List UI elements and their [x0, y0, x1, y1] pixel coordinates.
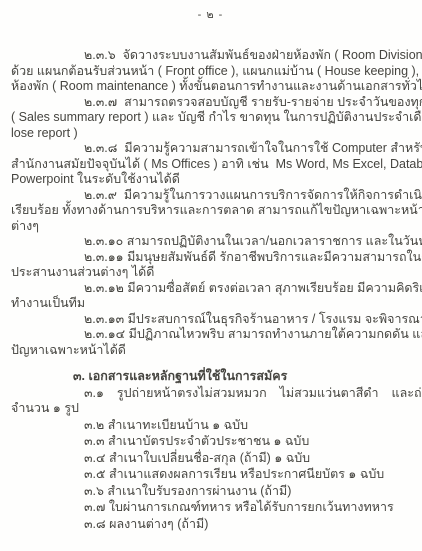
qualification-paragraph: ๒.๓.๖ จัดวางระบบงานสัมพันธ์ของฝ่ายห้องพั…: [11, 48, 410, 95]
text-line: ๒.๓.๘ มีความรู้ความสามารถเข้าใจในการใช้ …: [11, 141, 410, 157]
text-line: ประสานงานส่วนต่างๆ ได้ดี: [11, 265, 410, 281]
document-item: ๓.๘ ผลงานต่างๆ (ถ้ามี): [11, 517, 410, 533]
text-line: ๒.๓.๑๔ มีปฏิภาณไหวพริบ สามารถทำงานภายใต้…: [11, 327, 410, 343]
document-item: ๓.๔ สำเนาใบเปลี่ยนชื่อ-สกุล (ถ้ามี) ๑ ฉบ…: [11, 451, 410, 467]
text-line: ๓.๕ สำเนาแสดงผลการเรียน หรือประกาศนียบัต…: [11, 467, 410, 483]
documents-section-heading: ๓. เอกสารและหลักฐานที่ใช้ในการสมัคร: [11, 369, 410, 385]
document-item: ๓.๗ ใบผ่านการเกณฑ์ทหาร หรือได้รับการยกเว…: [11, 500, 410, 516]
text-line: ๒.๓.๗ สามารถตรวจสอบบัญชี รายรับ-รายจ่าย …: [11, 95, 410, 111]
text-line: ๒.๓.๖ จัดวางระบบงานสัมพันธ์ของฝ่ายห้องพั…: [11, 48, 410, 64]
text-line: ๓.๘ ผลงานต่างๆ (ถ้ามี): [11, 517, 410, 533]
text-line: ๓.๑ รูปถ่ายหน้าตรงไม่สวมหมวก ไม่สวมแว่นต…: [11, 386, 410, 402]
qualifications-list: ๒.๓.๖ จัดวางระบบงานสัมพันธ์ของฝ่ายห้องพั…: [11, 48, 410, 358]
qualification-paragraph: ๒.๓.๘ มีความรู้ความสามารถเข้าใจในการใช้ …: [11, 141, 410, 188]
text-line: ห้องพัก ( Room maintenance ) ทั้งขั้นตอน…: [11, 79, 410, 95]
text-line: ๓.๖ สำเนาใบรับรองการผ่านงาน (ถ้ามี): [11, 484, 410, 500]
document-item: ๓.๓ สำเนาบัตรประจำตัวประชาชน ๑ ฉบับ: [11, 434, 410, 450]
text-line: ด้วย แผนกต้อนรับส่วนหน้า ( Front office …: [11, 64, 410, 80]
text-line: ปัญหาเฉพาะหน้าได้ดี: [11, 343, 410, 359]
document-item: ๓.๑ รูปถ่ายหน้าตรงไม่สวมหมวก ไม่สวมแว่นต…: [11, 386, 410, 417]
qualification-paragraph: ๒.๓.๑๑ มีมนุษยสัมพันธ์ดี รักอาชีพบริการแ…: [11, 250, 410, 281]
text-line: lose report ): [11, 126, 410, 142]
text-line: ๓.๓ สำเนาบัตรประจำตัวประชาชน ๑ ฉบับ: [11, 434, 410, 450]
text-line: ๓.๗ ใบผ่านการเกณฑ์ทหาร หรือได้รับการยกเว…: [11, 500, 410, 516]
text-line: สำนักงานสมัยปัจจุบันได้ ( Ms Offices ) อ…: [11, 157, 410, 173]
qualification-paragraph: ๒.๓.๑๐ สามารถปฏิบัติงานในเวลา/นอกเวลาราช…: [11, 234, 410, 250]
text-line: ๓.๔ สำเนาใบเปลี่ยนชื่อ-สกุล (ถ้ามี) ๑ ฉบ…: [11, 451, 410, 467]
text-line: จำนวน ๑ รูป: [11, 401, 410, 417]
text-line: ๒.๓.๙ มีความรู้ในการวางแผนการบริการจัดกา…: [11, 188, 410, 204]
text-line: ทำงานเป็นทีม: [11, 296, 410, 312]
text-line: เรียบร้อย ทั้งทางด้านการบริหารและการตลาด…: [11, 203, 410, 219]
qualification-paragraph: ๒.๓.๑๔ มีปฏิภาณไหวพริบ สามารถทำงานภายใต้…: [11, 327, 410, 358]
text-line: ต่างๆ: [11, 219, 410, 235]
text-line: Powerpoint ในระดับใช้งานได้ดี: [11, 172, 410, 188]
page-number: - ๒ -: [11, 8, 410, 22]
documents-list: ๓.๑ รูปถ่ายหน้าตรงไม่สวมหมวก ไม่สวมแว่นต…: [11, 386, 410, 533]
text-line: ( Sales summary report ) และ บัญชี กำไร …: [11, 110, 410, 126]
document-item: ๓.๕ สำเนาแสดงผลการเรียน หรือประกาศนียบัต…: [11, 467, 410, 483]
text-line: ๒.๓.๑๑ มีมนุษยสัมพันธ์ดี รักอาชีพบริการแ…: [11, 250, 410, 266]
document-item: ๓.๖ สำเนาใบรับรองการผ่านงาน (ถ้ามี): [11, 484, 410, 500]
text-line: ๒.๓.๑๒ มีความซื่อสัตย์ ตรงต่อเวลา สุภาพเ…: [11, 281, 410, 297]
text-line: ๓.๒ สำเนาทะเบียนบ้าน ๑ ฉบับ: [11, 418, 410, 434]
document-item: ๓.๒ สำเนาทะเบียนบ้าน ๑ ฉบับ: [11, 418, 410, 434]
qualification-paragraph: ๒.๓.๗ สามารถตรวจสอบบัญชี รายรับ-รายจ่าย …: [11, 95, 410, 142]
document-page: - ๒ - ๒.๓.๖ จัดวางระบบงานสัมพันธ์ของฝ่าย…: [0, 0, 422, 551]
qualification-paragraph: ๒.๓.๑๒ มีความซื่อสัตย์ ตรงต่อเวลา สุภาพเ…: [11, 281, 410, 312]
qualification-paragraph: ๒.๓.๙ มีความรู้ในการวางแผนการบริการจัดกา…: [11, 188, 410, 235]
qualification-paragraph: ๒.๓.๑๓ มีประสบการณ์ในธุรกิจร้านอาหาร / โ…: [11, 312, 410, 328]
text-line: ๒.๓.๑๐ สามารถปฏิบัติงานในเวลา/นอกเวลาราช…: [11, 234, 410, 250]
text-line: ๒.๓.๑๓ มีประสบการณ์ในธุรกิจร้านอาหาร / โ…: [11, 312, 410, 328]
